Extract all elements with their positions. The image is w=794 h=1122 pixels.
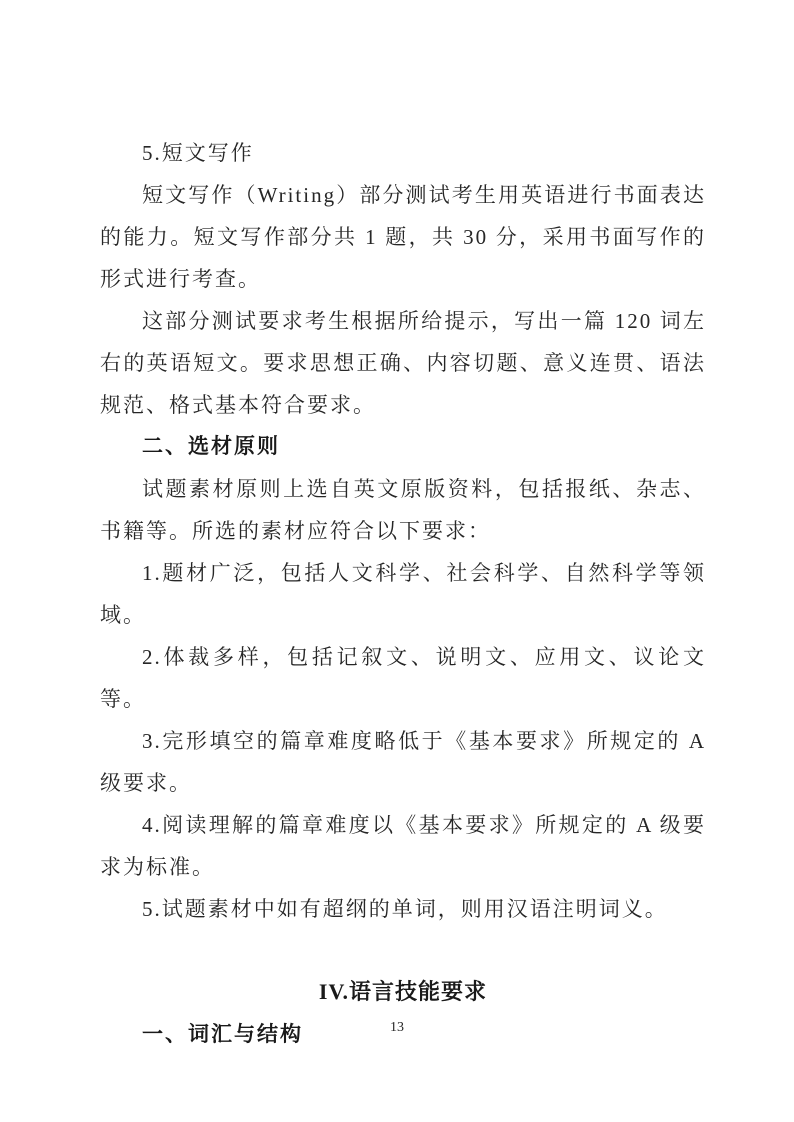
paragraph-material-source: 试题素材原则上选自英文原版资料，包括报纸、杂志、书籍等。所选的素材应符合以下要求… — [100, 468, 706, 552]
document-page: 5.短文写作 短文写作（Writing）部分测试考生用英语进行书面表达的能力。短… — [0, 0, 794, 1122]
section-heading-language-skills: IV.语言技能要求 — [100, 970, 706, 1014]
document-body: 5.短文写作 短文写作（Writing）部分测试考生用英语进行书面表达的能力。短… — [100, 0, 706, 1056]
list-item-4-reading-difficulty: 4.阅读理解的篇章难度以《基本要求》所规定的 A 级要求为标准。 — [100, 804, 706, 888]
list-item-2-genres: 2.体裁多样，包括记叙文、说明文、应用文、议论文等。 — [100, 636, 706, 720]
list-item-5-writing-title: 5.短文写作 — [100, 132, 706, 174]
heading-selection-principles: 二、选材原则 — [100, 426, 706, 468]
list-item-1-subjects: 1.题材广泛，包括人文科学、社会科学、自然科学等领域。 — [100, 552, 706, 636]
paragraph-writing-requirements: 这部分测试要求考生根据所给提示，写出一篇 120 词左右的英语短文。要求思想正确… — [100, 300, 706, 426]
paragraph-writing-description: 短文写作（Writing）部分测试考生用英语进行书面表达的能力。短文写作部分共 … — [100, 174, 706, 300]
list-item-5-vocabulary-notes: 5.试题素材中如有超纲的单词，则用汉语注明词义。 — [100, 888, 706, 930]
list-item-3-cloze-difficulty: 3.完形填空的篇章难度略低于《基本要求》所规定的 A 级要求。 — [100, 720, 706, 804]
page-number: 13 — [0, 1020, 794, 1036]
section-heading-title-text: 语言技能要求 — [349, 979, 487, 1004]
section-heading-numeral: IV. — [319, 979, 349, 1004]
